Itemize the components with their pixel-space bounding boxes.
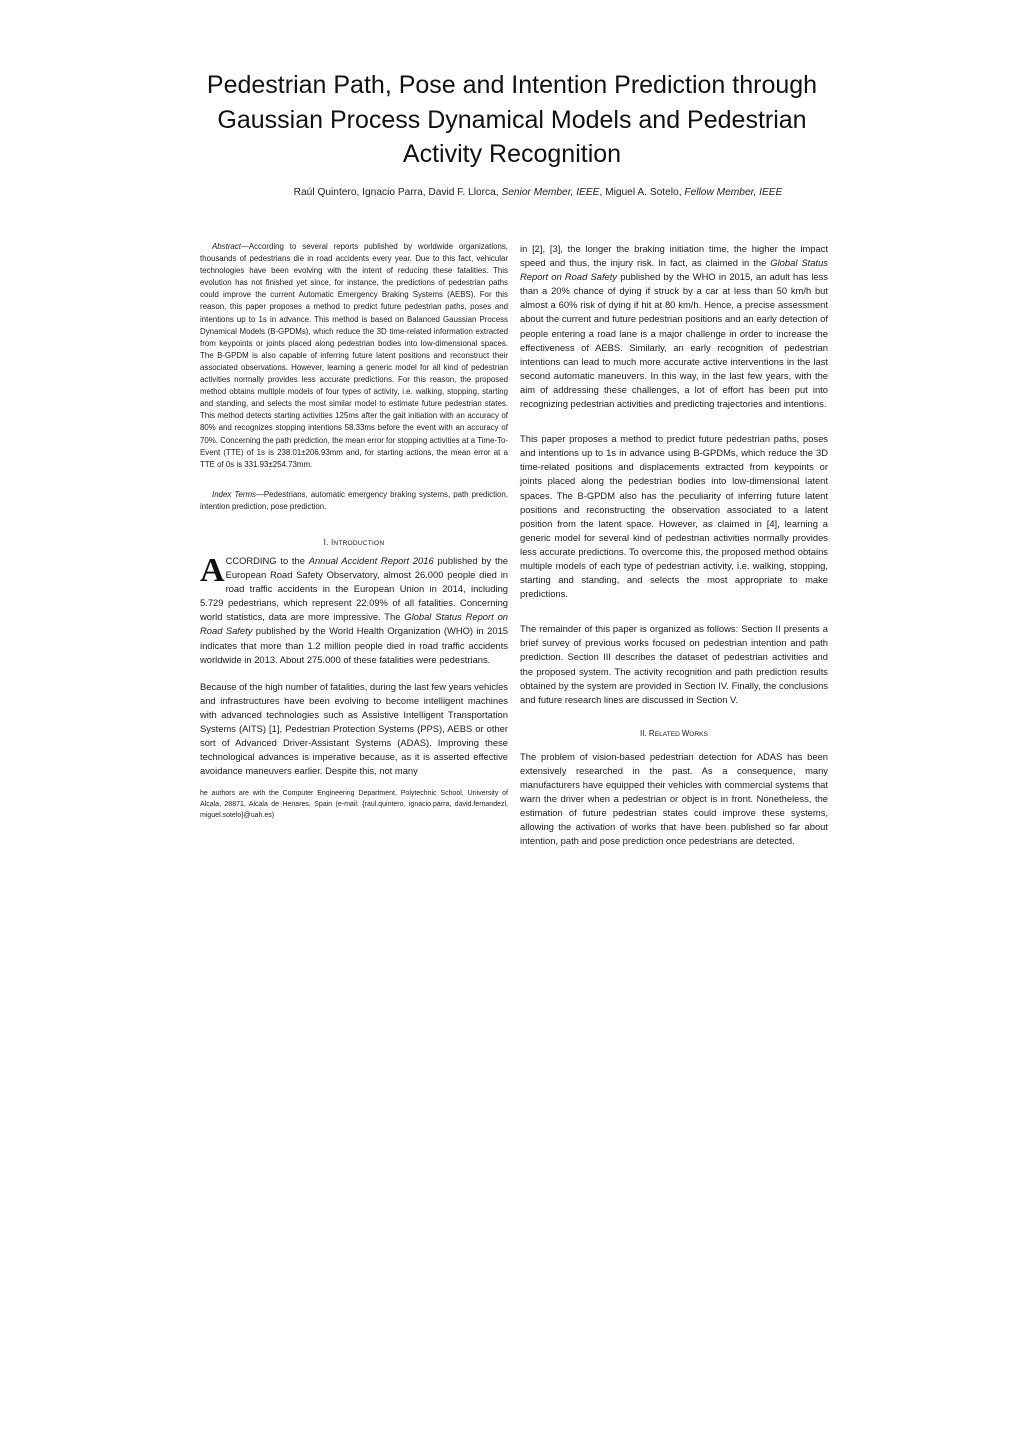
abstract-label: Abstract: [212, 242, 241, 251]
section-rest: NTRODUCTION: [333, 540, 384, 547]
lead-caps: CCORDING: [226, 555, 277, 566]
text-run: published by the WHO in 2015, an adult h…: [520, 271, 828, 409]
abstract: Abstract—According to several reports pu…: [200, 241, 508, 471]
section-rest: ORKS: [689, 731, 708, 738]
italic-run: Annual Accident Report 2016: [309, 555, 434, 566]
right-column: in [2], [3], the longer the braking init…: [520, 242, 828, 848]
author-names-2: , Miguel A. Sotelo,: [599, 187, 684, 198]
related-works-paragraph-1: The problem of vision-based pedestrian d…: [520, 750, 828, 849]
index-terms: Index Terms—Pedestrians, automatic emerg…: [200, 489, 508, 513]
drop-cap: A: [200, 558, 225, 584]
intro-paragraph-1: ACCORDING to the Annual Accident Report …: [200, 554, 508, 667]
section-numeral: II.: [640, 729, 649, 738]
section-numeral: I.: [324, 538, 331, 547]
paper-title: Pedestrian Path, Pose and Intention Pred…: [200, 68, 824, 172]
index-terms-dash: —: [256, 490, 264, 499]
left-column: Abstract—According to several reports pu…: [200, 241, 508, 821]
author-names-1: Raúl Quintero, Ignacio Parra, David F. L…: [294, 187, 502, 198]
intro-paragraph-5: The remainder of this paper is organized…: [520, 622, 828, 707]
intro-paragraph-4: This paper proposes a method to predict …: [520, 432, 828, 601]
abstract-dash: —: [241, 242, 249, 251]
intro-paragraph-2: Because of the high number of fatalities…: [200, 680, 508, 779]
section-rest: ELATED: [655, 731, 682, 738]
author-membership-2: Fellow Member, IEEE: [684, 187, 782, 198]
index-terms-label: Index Terms: [212, 490, 256, 499]
intro-paragraph-3: in [2], [3], the longer the braking init…: [520, 242, 828, 411]
abstract-text: According to several reports published b…: [200, 242, 508, 469]
author-list: Raúl Quintero, Ignacio Parra, David F. L…: [200, 186, 876, 200]
author-affiliation-footnote: he authors are with the Computer Enginee…: [200, 788, 508, 821]
section-heading-introduction: I. INTRODUCTION: [200, 537, 508, 550]
section-heading-related-works: II. RELATED WORKS: [520, 728, 828, 741]
author-membership-1: Senior Member, IEEE: [501, 187, 599, 198]
text-run: to the: [277, 555, 309, 566]
